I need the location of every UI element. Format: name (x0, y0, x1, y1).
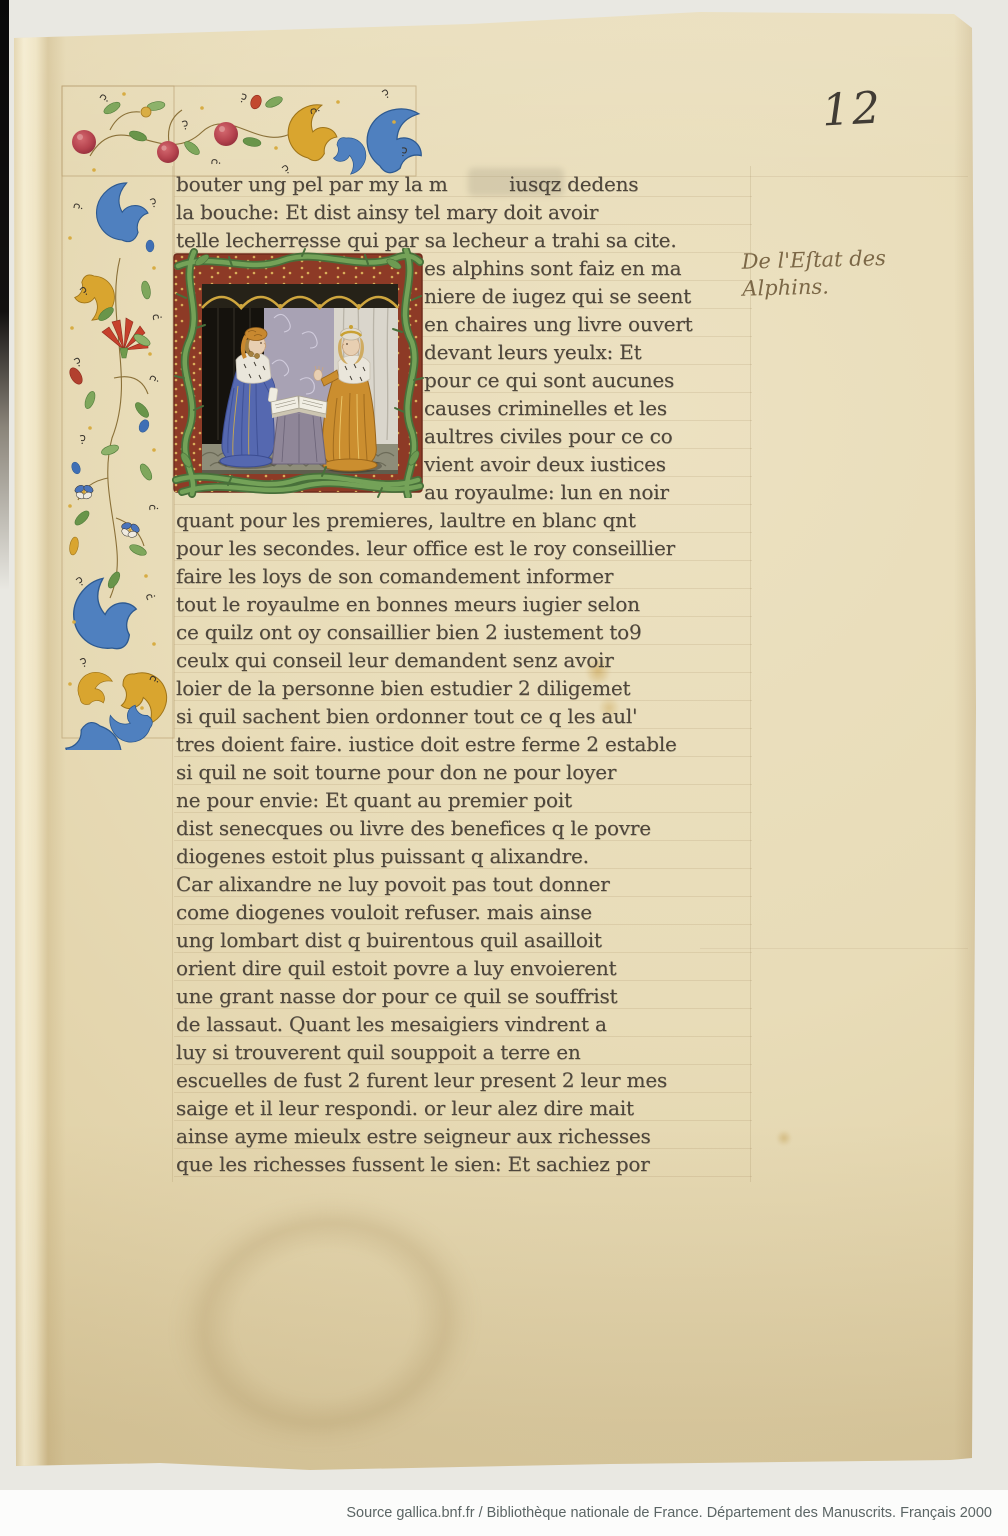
manuscript-text-line: luy si trouverent quil souppoit a terre … (176, 1038, 756, 1066)
manuscript-text-line: quant pour les premieres, laultre en bla… (176, 506, 756, 534)
footer-bar: Source gallica.bnf.fr / Bibliothèque nat… (0, 1490, 1008, 1536)
manuscript-scan: bouter ung pel par my la m iusqz dedensl… (0, 0, 1008, 1536)
manuscript-text-line: ainse ayme mieulx estre seigneur aux ric… (176, 1122, 756, 1150)
manuscript-text-line: niere de iugez qui se seent (424, 282, 754, 310)
manuscript-text-line: escuelles de fust 2 furent leur present … (176, 1066, 756, 1094)
manuscript-text-line: pour ce qui sont aucunes (424, 366, 754, 394)
manuscript-text-line: de lassaut. Quant les mesaigiers vindren… (176, 1010, 756, 1038)
border-top-band (72, 94, 426, 180)
opening-text-block: bouter ung pel par my la m iusqz dedensl… (176, 170, 751, 254)
miniature-two-judges (172, 248, 424, 498)
manuscript-text-line: une grant nasse dor pour ce quil se souf… (176, 982, 756, 1010)
manuscript-text-line: saige et il leur respondi. or leur alez … (176, 1094, 756, 1122)
manuscript-text-line: loier de la personne bien estudier 2 dil… (176, 674, 756, 702)
manuscript-text-line: la bouche: Et dist ainsy tel mary doit a… (176, 198, 751, 226)
page-right-edge-shade (954, 8, 978, 1472)
manuscript-text-line: au royaulme: lun en noir (424, 478, 754, 506)
column-text-block: es alphins sont faiz en maniere de iugez… (424, 254, 754, 506)
manuscript-text-line: Car alixandre ne luy povoit pas tout don… (176, 870, 756, 898)
manuscript-text-line: ung lombart dist q buirentous quil asail… (176, 926, 756, 954)
manuscript-text-line: faire les loys de son comandement inform… (176, 562, 756, 590)
manuscript-text-line: come diogenes vouloit refuser. mais ains… (176, 898, 756, 926)
manuscript-text-line: tout le royaulme en bonnes meurs iugier … (176, 590, 756, 618)
manuscript-text-line: causes criminelles et les (424, 394, 754, 422)
manuscript-text-line: vient avoir deux iustices (424, 450, 754, 478)
manuscript-text-line: diogenes estoit plus puissant q alixandr… (176, 842, 756, 870)
scan-edge-shadow (0, 0, 9, 820)
manuscript-text-line: que les richesses fussent le sien: Et sa… (176, 1150, 756, 1178)
manuscript-text-line: ne pour envie: Et quant au premier poit (176, 786, 756, 814)
manuscript-text-line: ceulx qui conseil leur demandent senz av… (176, 646, 756, 674)
miniature-scene (202, 284, 398, 474)
manuscript-text-line: devant leurs yeulx: Et (424, 338, 754, 366)
folio-number: 12 (821, 82, 884, 136)
marginal-annotation: De l'Eſtat desAlphins. (741, 243, 952, 302)
manuscript-text-line: aultres civiles pour ce co (424, 422, 754, 450)
lectern-and-book (271, 396, 327, 464)
manuscript-text-line: dist senecques ou livre des benefices q … (176, 814, 756, 842)
body-text-block: quant pour les premieres, laultre en bla… (176, 506, 756, 1178)
manuscript-text-line: pour les secondes. leur office est le ro… (176, 534, 756, 562)
parchment-stain (143, 1166, 507, 1479)
manuscript-text-line: en chaires ung livre ouvert (424, 310, 754, 338)
manuscript-text-line: si quil sachent bien ordonner tout ce q … (176, 702, 756, 730)
manuscript-text-line: si quil ne soit tourne pour don ne pour … (176, 758, 756, 786)
manuscript-text-line: tres doient faire. iustice doit estre fe… (176, 730, 756, 758)
manuscript-text-line: es alphins sont faiz en ma (424, 254, 754, 282)
marginal-note-line: Alphins. (742, 270, 953, 302)
parchment-spot (776, 1130, 792, 1146)
manuscript-text-line: ce quilz ont oy consaillier bien 2 iuste… (176, 618, 756, 646)
source-attribution: Source gallica.bnf.fr / Bibliothèque nat… (346, 1505, 992, 1521)
manuscript-text-line: orient dire quil estoit povre a luy envo… (176, 954, 756, 982)
manuscript-text-line: telle lecherresse qui par sa lecheur a t… (176, 226, 751, 254)
manuscript-text-line: bouter ung pel par my la m iusqz dedens (176, 170, 751, 198)
